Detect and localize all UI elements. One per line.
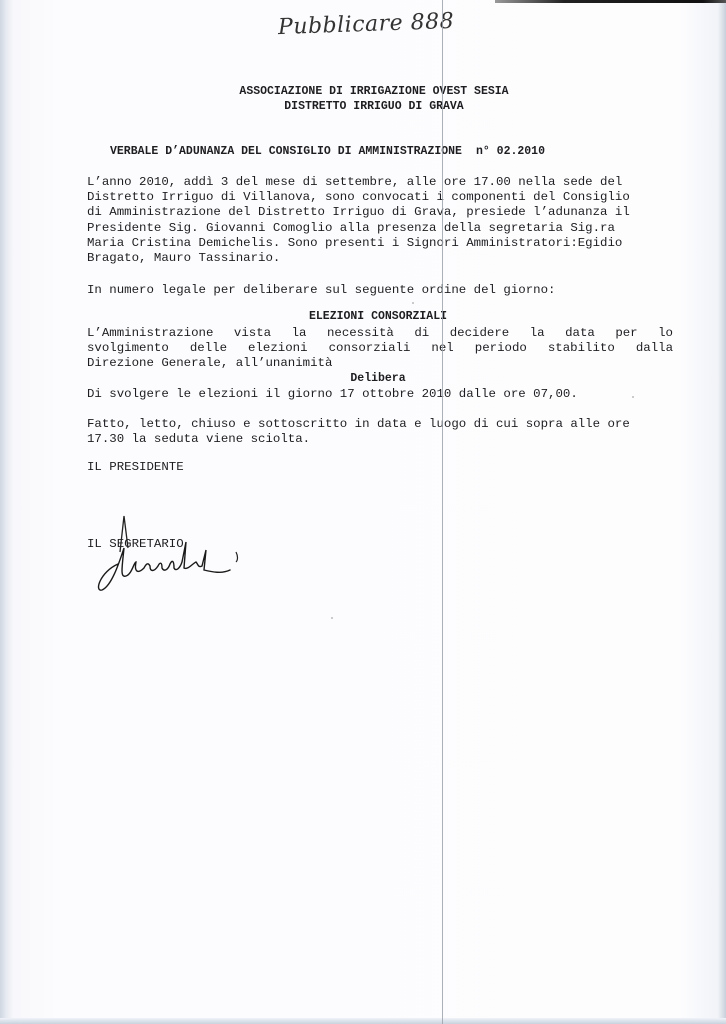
text-line: di Amministrazione del Distretto Irriguo…: [87, 205, 673, 220]
president-signature-label: IL PRESIDENTE: [87, 460, 673, 475]
text-line: L’Amministrazione vista la necessità di …: [87, 326, 673, 341]
scan-edge-shadow: [495, 0, 726, 3]
text-line: Bragato, Mauro Tassinario.: [87, 251, 673, 266]
document-number: n° 02.2010: [476, 145, 545, 158]
closing-paragraph: Fatto, letto, chiuso e sottoscritto in d…: [87, 417, 673, 447]
agenda-intro: In numero legale per deliberare sul segu…: [87, 283, 673, 298]
agenda-paragraph: L’Amministrazione vista la necessità di …: [87, 326, 673, 372]
organization-name: ASSOCIAZIONE DI IRRIGAZIONE OVEST SESIA: [0, 84, 726, 99]
document-header: ASSOCIAZIONE DI IRRIGAZIONE OVEST SESIA …: [0, 84, 726, 114]
scan-speck: [412, 302, 414, 304]
scan-edge-shadow-bottom: [0, 1018, 726, 1024]
text-line: Distretto Irriguo di Villanova, sono con…: [87, 190, 673, 205]
handwritten-signature: [90, 512, 250, 596]
scan-fold-line: [442, 0, 443, 1024]
scan-speck: [331, 617, 333, 619]
text-line: Direzione Generale, all’unanimità: [87, 356, 673, 371]
text-line: Maria Cristina Demichelis. Sono presenti…: [87, 236, 673, 251]
text-line: svolgimento delle elezioni consorziali n…: [87, 341, 673, 356]
text-line: L’anno 2010, addì 3 del mese di settembr…: [87, 175, 673, 190]
text-line: Presidente Sig. Giovanni Comoglio alla p…: [87, 221, 673, 236]
document-title: VERBALE D’ADUNANZA DEL CONSIGLIO DI AMMI…: [110, 145, 545, 158]
resolution-heading: Delibera: [0, 372, 726, 385]
district-name: DISTRETTO IRRIGUO DI GRAVA: [0, 99, 726, 114]
scan-speck: [632, 396, 634, 398]
opening-paragraph: L’anno 2010, addì 3 del mese di settembr…: [87, 175, 673, 266]
title-text: VERBALE D’ADUNANZA DEL CONSIGLIO DI AMMI…: [110, 145, 462, 158]
text-line: 17.30 la seduta viene sciolta.: [87, 432, 673, 447]
text-line: Fatto, letto, chiuso e sottoscritto in d…: [87, 417, 673, 432]
resolution-text: Di svolgere le elezioni il giorno 17 ott…: [87, 387, 673, 402]
agenda-heading: ELEZIONI CONSORZIALI: [0, 310, 726, 323]
